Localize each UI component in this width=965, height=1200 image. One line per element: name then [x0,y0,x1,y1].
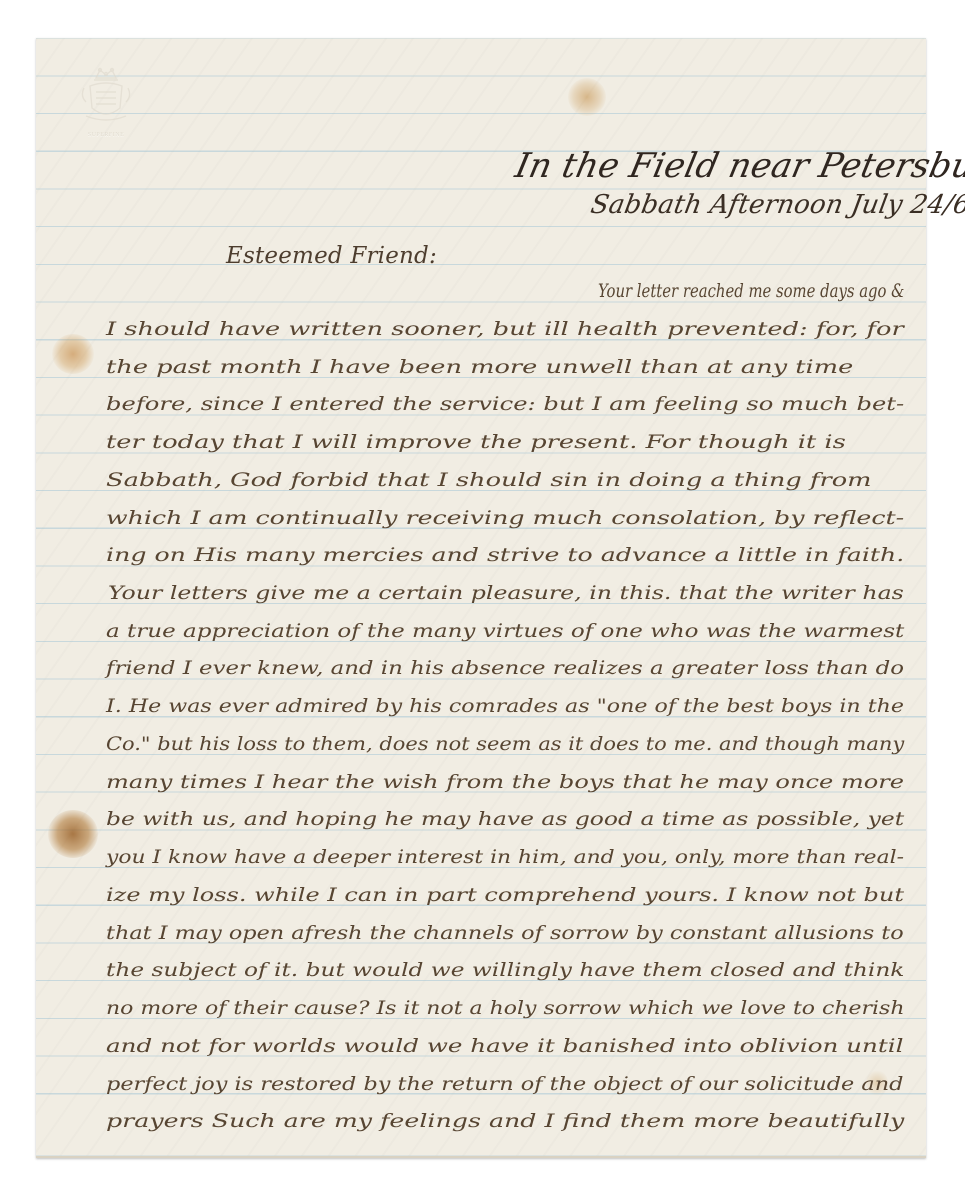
body-line: the past month I have been more unwell t… [106,356,853,378]
letter-heading-date: Sabbath Afternoon July 24/64 [588,190,965,220]
embossed-crest-icon: SUPERFINE [76,66,136,136]
body-line: the subject of it. but would we willingl… [106,959,904,981]
body-line: prayers Such are my feelings and I find … [106,1110,904,1132]
emboss-label: SUPERFINE [76,132,136,138]
body-line: before, since I entered the service: but… [106,393,904,415]
body-line: and not for worlds would we have it bani… [106,1035,904,1057]
letter-paper: SUPERFINE In the Field near Petersburg V… [36,38,926,1158]
body-line: I should have written sooner, but ill he… [106,318,904,340]
body-line: that I may open afresh the channels of s… [106,922,904,944]
foxing-stain [48,810,98,858]
body-line: Co." but his loss to them, does not seem… [106,733,904,755]
body-line: perfect joy is restored by the return of… [106,1073,903,1095]
body-line: I. He was ever admired by his comrades a… [106,695,904,717]
body-line: Your letters give me a certain pleasure,… [108,582,904,604]
body-line: many times I hear the wish from the boys… [106,771,904,793]
body-line: ing on His many mercies and strive to ad… [106,544,904,566]
body-line: a true appreciation of the many virtues … [106,620,904,642]
body-line: be with us, and hoping he may have as go… [106,808,904,830]
body-line: friend I ever knew, and in his absence r… [106,657,904,679]
foxing-stain [52,334,94,374]
letter-heading-place: In the Field near Petersburg Va. [512,146,965,186]
letter-salutation: Esteemed Friend: [226,243,437,269]
foxing-stain [568,78,606,116]
body-line: you I know have a deeper interest in him… [106,846,904,868]
body-line: ize my loss. while I can in part compreh… [106,884,904,906]
body-line: Sabbath, God forbid that I should sin in… [106,469,871,491]
body-line: no more of their cause? Is it not a holy… [106,997,904,1019]
body-line: which I am continually receiving much co… [106,507,904,529]
body-line: Your letter reached me some days ago & [598,280,904,302]
body-line: ter today that I will improve the presen… [106,431,846,453]
